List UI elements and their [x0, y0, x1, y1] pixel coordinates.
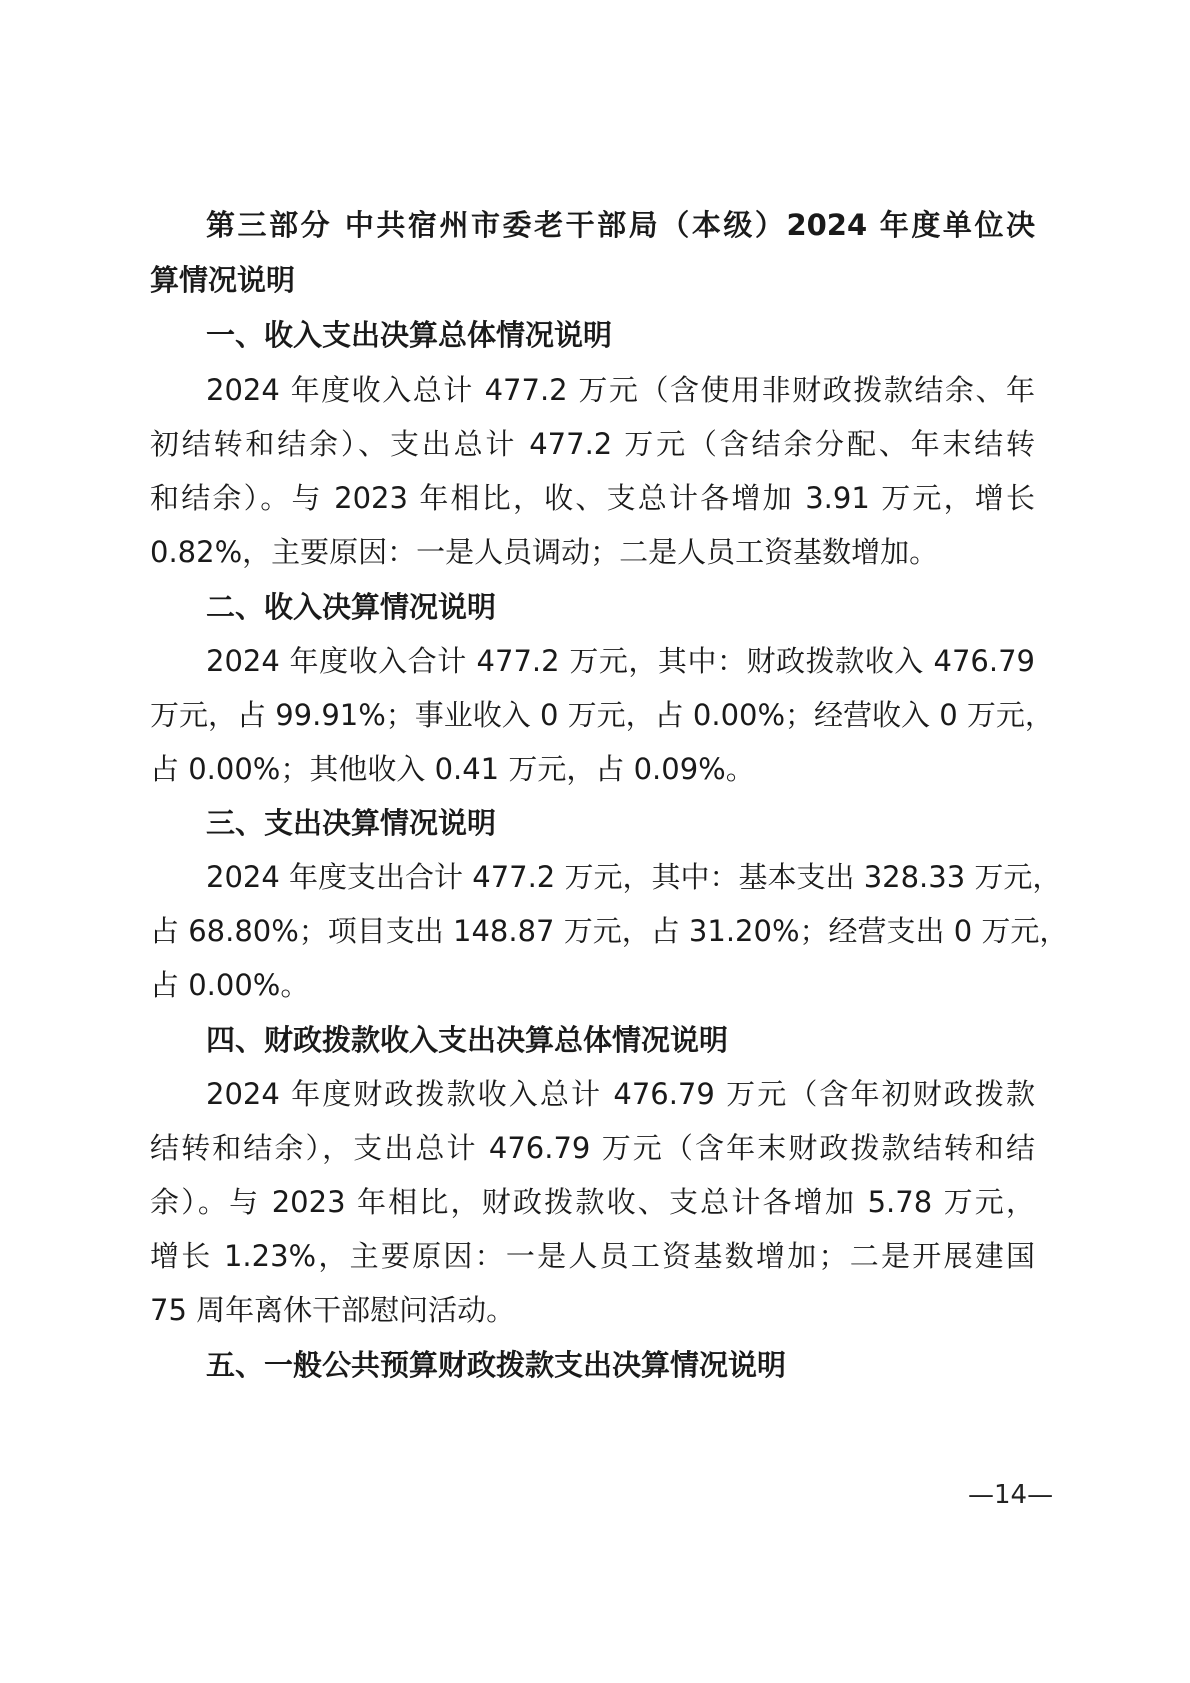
- section-4-paragraph-line: 结转和结余），支出总计 476.79 万元（含年末财政拨款结转和结: [150, 1128, 1035, 1168]
- section-4-heading: 四、财政拨款收入支出决算总体情况说明: [206, 1020, 728, 1060]
- section-3-paragraph-line: 2024 年度支出合计 477.2 万元，其中：基本支出 328.33 万元，: [206, 857, 1035, 897]
- section-3-paragraph-line: 占 68.80%；项目支出 148.87 万元，占 31.20%；经营支出 0 …: [150, 911, 1035, 951]
- document-title-line-2: 算情况说明: [150, 260, 295, 300]
- section-2-paragraph-line: 万元，占 99.91%；事业收入 0 万元，占 0.00%；经营收入 0 万元，: [150, 695, 1035, 735]
- section-3-heading: 三、支出决算情况说明: [206, 803, 496, 843]
- section-2-paragraph-line: 占 0.00%；其他收入 0.41 万元，占 0.09%。: [150, 749, 755, 789]
- section-2-heading: 二、收入决算情况说明: [206, 587, 496, 627]
- section-1-heading: 一、收入支出决算总体情况说明: [206, 315, 612, 355]
- section-1-paragraph-line: 初结转和结余）、支出总计 477.2 万元（含结余分配、年末结转: [150, 424, 1035, 464]
- section-4-paragraph-line: 余）。与 2023 年相比，财政拨款收、支总计各增加 5.78 万元，: [150, 1182, 1035, 1222]
- section-3-paragraph-line: 占 0.00%。: [150, 965, 309, 1005]
- section-4-paragraph-line: 增长 1.23%，主要原因：一是人员工资基数增加；二是开展建国: [150, 1236, 1035, 1276]
- section-1-paragraph-line: 2024 年度收入总计 477.2 万元（含使用非财政拨款结余、年: [206, 370, 1035, 410]
- document-title-line-1: 第三部分 中共宿州市委老干部局（本级）2024 年度单位决: [206, 205, 1035, 245]
- section-4-paragraph-line: 2024 年度财政拨款收入总计 476.79 万元（含年初财政拨款: [206, 1074, 1035, 1114]
- page-number: —14—: [968, 1480, 1053, 1510]
- section-4-paragraph-line: 75 周年离休干部慰问活动。: [150, 1290, 515, 1330]
- section-1-paragraph-line: 0.82%，主要原因：一是人员调动；二是人员工资基数增加。: [150, 532, 938, 572]
- section-1-paragraph-line: 和结余）。与 2023 年相比，收、支总计各增加 3.91 万元，增长: [150, 478, 1035, 518]
- section-5-heading: 五、一般公共预算财政拨款支出决算情况说明: [206, 1345, 786, 1385]
- section-2-paragraph-line: 2024 年度收入合计 477.2 万元，其中：财政拨款收入 476.79: [206, 641, 1035, 681]
